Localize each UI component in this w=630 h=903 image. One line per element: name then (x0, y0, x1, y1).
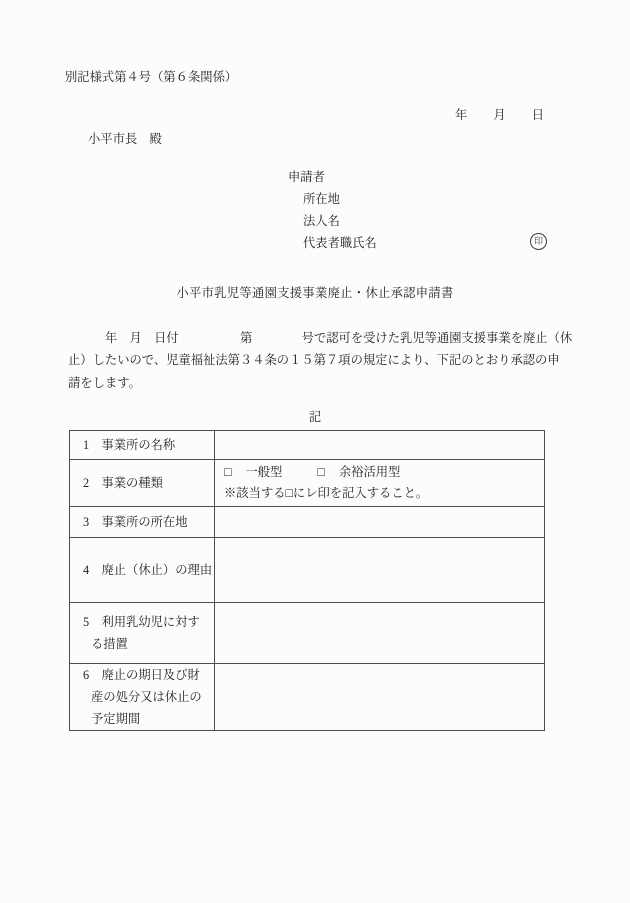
seal-mark-icon: 印 (530, 233, 547, 250)
table-row: 6 廃止の期日及び財 産の処分又は休止の 予定期間 (70, 664, 545, 731)
row-label-abolition-date-assets: 6 廃止の期日及び財 産の処分又は休止の 予定期間 (70, 664, 214, 730)
applicant-representative-label[interactable]: 代表者職氏名 (303, 233, 377, 251)
applicant-address-label[interactable]: 所在地 (303, 189, 340, 207)
document-title: 小平市乳児等通園支援事業廃止・休止承認申請書 (0, 283, 630, 301)
document-page: 別記様式第４号（第６条関係） 年 月 日 小平市長 殿 申請者 所在地 法人名 … (0, 0, 630, 903)
checkbox-icon[interactable]: □ (224, 462, 231, 483)
option-surplus-label: 余裕活用型 (339, 465, 401, 479)
row-label-business-type: 2 事業の種類 (70, 472, 214, 494)
form-number-label: 別記様式第４号（第６条関係） (65, 67, 237, 85)
body-paragraph: 年 月 日付 第 号で認可を受けた乳児等通園支援事業を廃止（休 止）したいので、… (68, 327, 572, 394)
table-row: 4 廃止（休止）の理由 (70, 538, 545, 603)
applicant-corporate-name-label[interactable]: 法人名 (303, 211, 340, 229)
application-table: 1 事業所の名称 2 事業の種類 □一般型 □余裕活用型 ※該当する□にレ印を記… (69, 430, 545, 731)
checkbox-option-general[interactable]: □一般型 (224, 462, 282, 483)
row-label-business-name: 1 事業所の名称 (70, 434, 214, 456)
checkbox-option-surplus[interactable]: □余裕活用型 (317, 462, 400, 483)
option-general-label: 一般型 (245, 465, 282, 479)
applicant-label: 申請者 (288, 167, 325, 185)
record-mark: 記 (0, 407, 630, 425)
checkbox-note: ※該当する□にレ印を記入すること。 (224, 483, 540, 504)
checkbox-icon[interactable]: □ (317, 462, 324, 483)
table-row: 2 事業の種類 □一般型 □余裕活用型 ※該当する□にレ印を記入すること。 (70, 460, 545, 507)
table-row: 5 利用乳幼児に対す る措置 (70, 603, 545, 664)
addressee-label: 小平市長 殿 (88, 129, 162, 147)
field-business-type: □一般型 □余裕活用型 ※該当する□にレ印を記入すること。 (215, 460, 544, 506)
table-row: 1 事業所の名称 (70, 431, 545, 460)
row-label-abolition-reason: 4 廃止（休止）の理由 (70, 559, 214, 581)
row-label-business-address: 3 事業所の所在地 (70, 511, 214, 533)
table-row: 3 事業所の所在地 (70, 507, 545, 538)
row-label-infant-measures: 5 利用乳幼児に対す る措置 (70, 611, 214, 655)
date-fill-line[interactable]: 年 月 日 (455, 105, 545, 123)
